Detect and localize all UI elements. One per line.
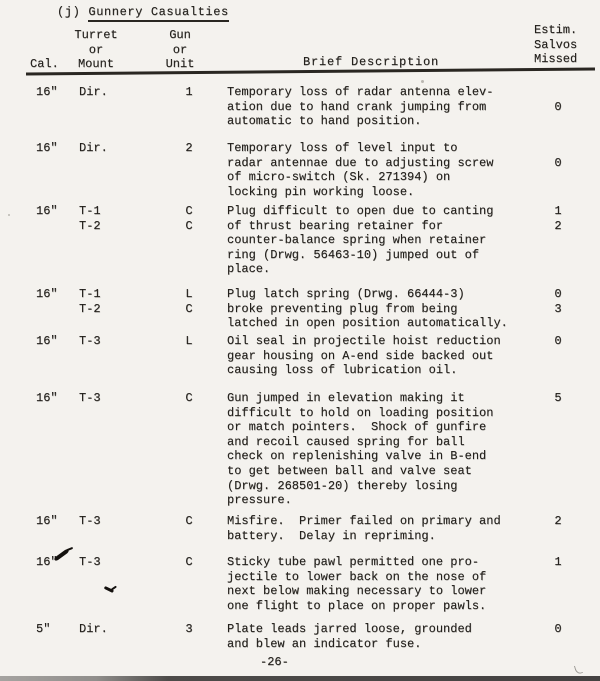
- unit-cell: C: [180, 391, 198, 406]
- mount-cell: Dir.: [79, 622, 139, 637]
- description-cell: Temporary loss of level input to radar a…: [227, 141, 529, 199]
- mount-cell: T-3: [79, 334, 139, 349]
- unit-cell: L C: [180, 287, 198, 316]
- cal-cell: 16": [36, 141, 78, 156]
- mount-cell: Dir.: [79, 85, 139, 100]
- salvos-cell: 2: [548, 514, 568, 529]
- description-cell: Oil seal in projectile hoist reduction g…: [227, 334, 529, 378]
- mount-cell: T-1 T-2: [79, 287, 139, 316]
- salvos-cell: 0: [548, 85, 568, 114]
- description-cell: Sticky tube pawl permitted one pro- ject…: [227, 555, 529, 613]
- cal-cell: 16": [36, 287, 78, 302]
- salvos-cell: 5: [548, 391, 568, 406]
- scan-speckle: [8, 214, 10, 216]
- salvos-cell: 0 3: [548, 287, 568, 316]
- scan-speckle: [421, 80, 424, 83]
- scan-edge-artifact: [0, 676, 600, 681]
- document-page: (j)Gunnery Casualties Cal. Turret or Mou…: [0, 0, 600, 681]
- unit-cell: 1: [180, 85, 198, 100]
- unit-cell: C: [180, 555, 198, 570]
- mount-cell: T-3: [79, 391, 139, 406]
- salvos-cell: 1: [548, 555, 568, 570]
- casualty-rows: 16"Dir.1Temporary loss of radar antenna …: [0, 0, 600, 681]
- description-cell: Misfire. Primer failed on primary and ba…: [227, 514, 529, 543]
- unit-cell: 3: [180, 622, 198, 637]
- mount-cell: T-1 T-2: [79, 204, 139, 233]
- salvos-cell: 0: [548, 334, 568, 349]
- description-cell: Plug latch spring (Drwg. 66444-3) broke …: [227, 287, 529, 331]
- description-cell: Plate leads jarred loose, grounded and b…: [227, 622, 529, 651]
- unit-cell: C C: [180, 204, 198, 233]
- cal-cell: 5": [36, 622, 78, 637]
- cal-cell: 16": [36, 334, 78, 349]
- unit-cell: C: [180, 514, 198, 529]
- mount-cell: Dir.: [79, 141, 139, 156]
- cal-cell: 16": [36, 204, 78, 219]
- cal-cell: 16": [36, 85, 78, 100]
- description-cell: Temporary loss of radar antenna elev- at…: [227, 85, 529, 129]
- description-cell: Plug difficult to open due to canting of…: [227, 204, 529, 277]
- unit-cell: L: [180, 334, 198, 349]
- salvos-cell: 0: [548, 141, 568, 170]
- salvos-cell: 1 2: [548, 204, 568, 233]
- salvos-cell: 0: [548, 622, 568, 637]
- unit-cell: 2: [180, 141, 198, 156]
- mount-cell: T-3: [79, 555, 139, 570]
- scan-speckle: [567, 41, 569, 43]
- description-cell: Gun jumped in elevation making it diffic…: [227, 391, 529, 508]
- cal-cell: 16": [36, 391, 78, 406]
- cal-cell: 16": [36, 514, 78, 529]
- handwritten-check-icon: [104, 584, 118, 594]
- mount-cell: T-3: [79, 514, 139, 529]
- page-number: -26-: [260, 655, 289, 670]
